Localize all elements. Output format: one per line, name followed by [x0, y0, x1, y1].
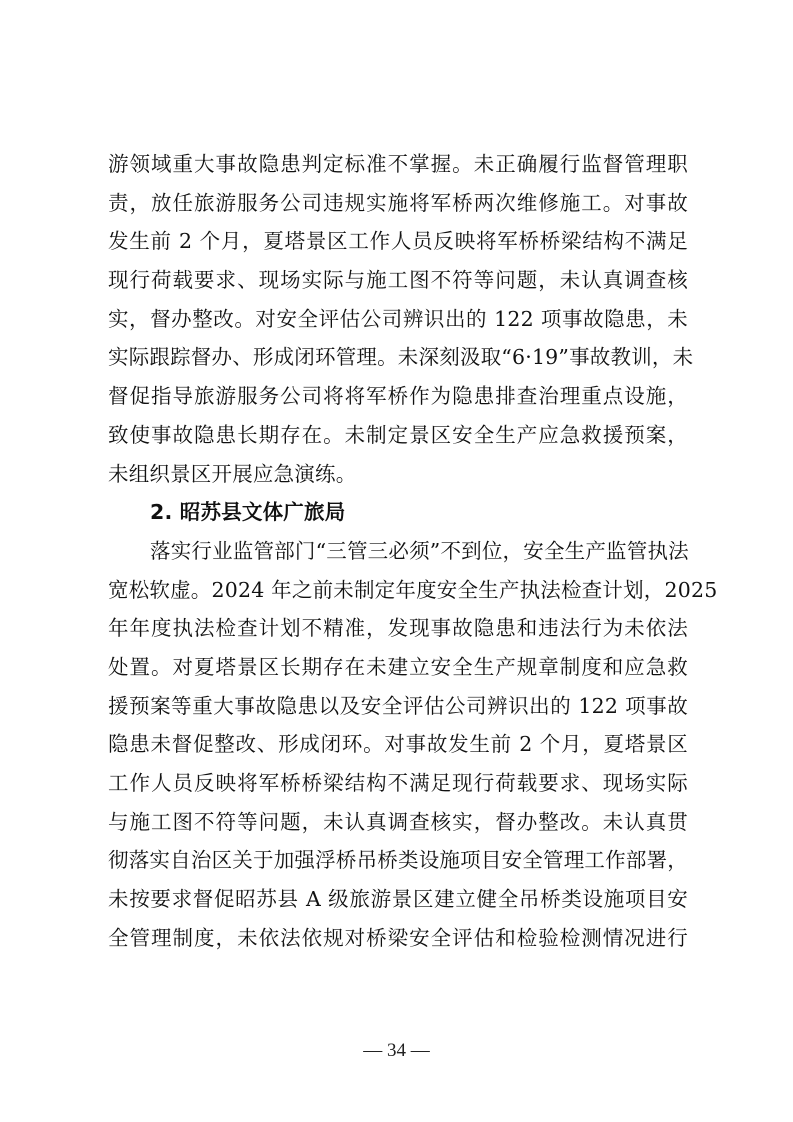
text-line: 处置。对夏塔景区长期存在未建立安全生产规章制度和应急救	[108, 648, 688, 687]
text-line: 工作人员反映将军桥桥梁结构不满足现行荷载要求、现场实际	[108, 764, 688, 803]
text-line: 未按要求督促昭苏县 A 级旅游景区建立健全吊桥类设施项目安	[108, 880, 688, 919]
page-number: — 34 —	[0, 1040, 793, 1062]
text-line: 隐患未督促整改、形成闭环。对事故发生前 2 个月，夏塔景区	[108, 725, 688, 764]
text-line: 实，督办整改。对安全评估公司辨识出的 122 项事故隐患，未	[108, 300, 688, 339]
text-line: 援预案等重大事故隐患以及安全评估公司辨识出的 122 项事故	[108, 687, 688, 726]
text-line: 发生前 2 个月，夏塔景区工作人员反映将军桥桥梁结构不满足	[108, 222, 688, 261]
document-body: 游领域重大事故隐患判定标准不掌握。未正确履行监督管理职 责，放任旅游服务公司违规…	[108, 145, 688, 957]
text-line: 全管理制度，未依法依规对桥梁安全评估和检验检测情况进行	[108, 919, 688, 958]
text-line: 宽松软虚。2024 年之前未制定年度安全生产执法检查计划，2025	[108, 571, 688, 610]
section-heading: 2. 昭苏县文体广旅局	[108, 493, 688, 532]
text-line: 致使事故隐患长期存在。未制定景区安全生产应急救援预案，	[108, 416, 688, 455]
text-line: 督促指导旅游服务公司将将军桥作为隐患排查治理重点设施，	[108, 377, 688, 416]
text-line: 未组织景区开展应急演练。	[108, 455, 688, 494]
text-line: 责，放任旅游服务公司违规实施将军桥两次维修施工。对事故	[108, 184, 688, 223]
text-line: 年年度执法检查计划不精准，发现事故隐患和违法行为未依法	[108, 609, 688, 648]
text-line: 实际跟踪督办、形成闭环管理。未深刻汲取“6·19”事故教训，未	[108, 338, 688, 377]
text-line: 落实行业监管部门“三管三必须”不到位，安全生产监管执法	[108, 532, 688, 571]
text-line: 现行荷载要求、现场实际与施工图不符等问题，未认真调查核	[108, 261, 688, 300]
text-line: 彻落实自治区关于加强浮桥吊桥类设施项目安全管理工作部署，	[108, 841, 688, 880]
text-line: 游领域重大事故隐患判定标准不掌握。未正确履行监督管理职	[108, 145, 688, 184]
text-line: 与施工图不符等问题，未认真调查核实，督办整改。未认真贯	[108, 803, 688, 842]
